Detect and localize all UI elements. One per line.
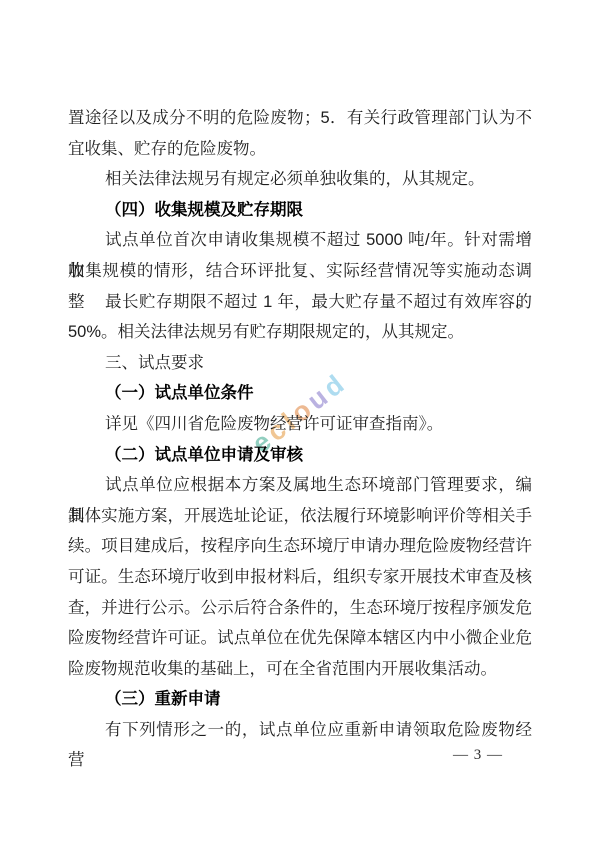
page-number: — 3 —	[453, 747, 503, 764]
text-line: 具体实施方案，开展选址论证，依法履行环境影响评价等相关手	[68, 501, 532, 532]
document-page: ecloud 置途径以及成分不明的危险废物；5．有关行政管理部门认为不宜收集、贮…	[0, 0, 595, 841]
text-line: 三、试点要求	[68, 348, 532, 379]
text-line: 置途径以及成分不明的危险废物；5．有关行政管理部门认为不	[68, 103, 532, 134]
text-line: 查，并进行公示。公示后符合条件的，生态环境厅按程序颁发危	[68, 593, 532, 624]
text-line: 试点单位首次申请收集规模不超过 5000 吨/年。针对需增加	[68, 225, 532, 256]
text-line: 宜收集、贮存的危险废物。	[68, 134, 532, 165]
text-line: 续。项目建成后，按程序向生态环境厅申请办理危险废物经营许	[68, 531, 532, 562]
text-line: 险废物规范收集的基础上，可在全省范围内开展收集活动。	[68, 654, 532, 685]
text-line: 有下列情形之一的，试点单位应重新申请领取危险废物经营	[68, 715, 532, 746]
text-lines: 置途径以及成分不明的危险废物；5．有关行政管理部门认为不宜收集、贮存的危险废物。…	[68, 103, 532, 745]
text-line: 可证。生态环境厅收到申报材料后，组织专家开展技术审查及核	[68, 562, 532, 593]
heading-line: （三）重新申请	[68, 684, 532, 715]
text-line: 详见《四川省危险废物经营许可证审查指南》。	[68, 409, 532, 440]
heading-line: （四）收集规模及贮存期限	[68, 195, 532, 226]
text-line: 试点单位应根据本方案及属地生态环境部门管理要求，编制	[68, 470, 532, 501]
text-line: 险废物经营许可证。试点单位在优先保障本辖区内中小微企业危	[68, 623, 532, 654]
text-line: 收集规模的情形，结合环评批复、实际经营情况等实施动态调整。	[68, 256, 532, 287]
heading-line: （二）试点单位申请及审核	[68, 440, 532, 471]
text-line: 最长贮存期限不超过 1 年，最大贮存量不超过有效库容的	[68, 287, 532, 318]
text-line: 相关法律法规另有规定必须单独收集的，从其规定。	[68, 164, 532, 195]
text-line: 50%。相关法律法规另有贮存期限规定的，从其规定。	[68, 317, 532, 348]
heading-line: （一）试点单位条件	[68, 378, 532, 409]
